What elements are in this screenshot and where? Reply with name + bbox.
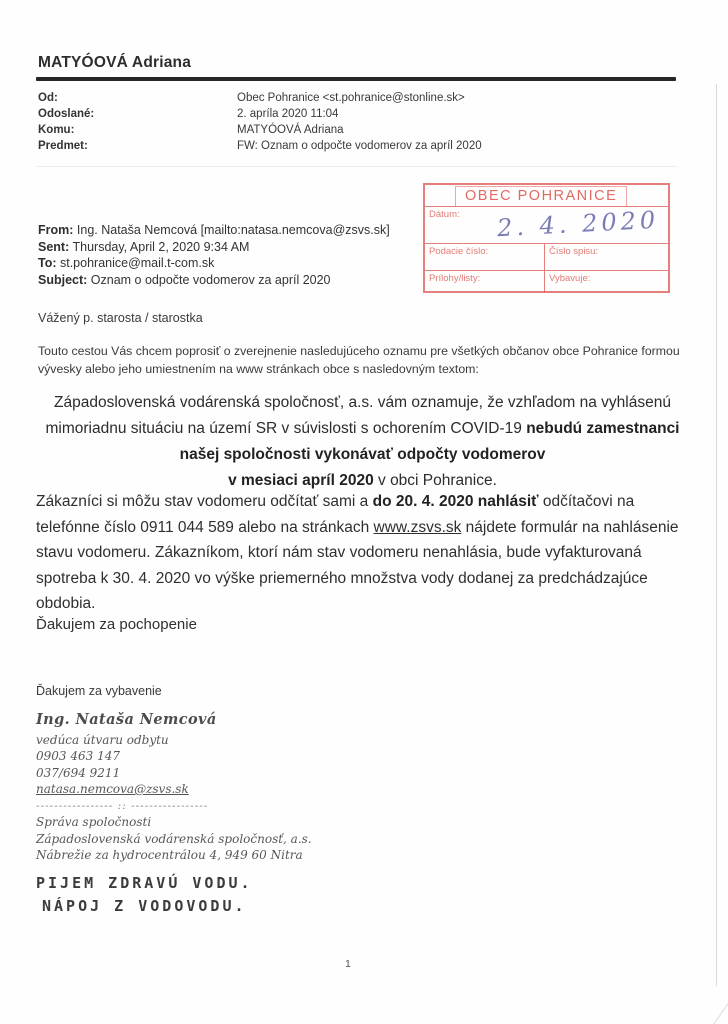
stamp-title: OBEC POHRANICE <box>455 186 627 206</box>
fw-to-value: st.pohranice@mail.t-com.sk <box>57 256 215 270</box>
meta-from-value: Obec Pohranice <st.pohranice@stonline.sk… <box>237 90 683 106</box>
signature-name: Ing. Nataša Nemcová <box>36 712 312 729</box>
signature-company: Západoslovenská vodárenská spoločnosť, a… <box>36 831 312 848</box>
page-title: MATYÓOVÁ Adriana <box>38 54 191 72</box>
zsvs-link: www.zsvs.sk <box>374 519 462 536</box>
fw-from-line: From: Ing. Nataša Nemcová [mailto:natasa… <box>38 222 390 239</box>
page-number: 1 <box>345 958 351 970</box>
meta-to-value: MATYÓOVÁ Adriana <box>237 122 683 138</box>
fw-subject-value: Oznam o odpočte vodomerov za apríl 2020 <box>87 273 330 287</box>
announcement-paragraph: Západoslovenská vodárenská spoločnosť, a… <box>40 390 685 494</box>
greeting-text: Vážený p. starosta / starostka <box>38 311 203 325</box>
details-text-1: Zákazníci si môžu stav vodomeru odčítať … <box>36 493 373 510</box>
slogan-line-2: NÁPOJ Z VODOVODU. <box>42 895 253 918</box>
email-meta-block: Od: Obec Pohranice <st.pohranice@stonlin… <box>38 90 683 154</box>
meta-sent-value: 2. apríla 2020 11:04 <box>237 106 683 122</box>
thanks-dispatch-line: Ďakujem za vybavenie <box>36 684 162 698</box>
meta-subject-label: Predmet: <box>38 138 237 154</box>
meta-row-from: Od: Obec Pohranice <st.pohranice@stonlin… <box>38 90 683 106</box>
fw-from-value: Ing. Nataša Nemcová [mailto:natasa.nemco… <box>73 223 389 237</box>
meta-subject-value: FW: Oznam o odpočte vodomerov za apríl 2… <box>237 138 683 154</box>
signature-email: natasa.nemcova@zsvs.sk <box>36 781 312 798</box>
thanks-line: Ďakujem za pochopenie <box>36 616 197 633</box>
stamp-bottom-row: Prílohy/listy: Vybavuje: <box>425 271 668 293</box>
meta-row-sent: Odoslané: 2. apríla 2020 11:04 <box>38 106 683 122</box>
stamp-spisu-label: Číslo spisu: <box>545 244 668 257</box>
fw-to-line: To: st.pohranice@mail.t-com.sk <box>38 255 390 272</box>
stamp-prilohy-label: Prílohy/listy: <box>425 271 544 284</box>
signature-phone-office: 037/694 9211 <box>36 765 312 782</box>
forwarded-header-block: From: Ing. Nataša Nemcová [mailto:natasa… <box>38 222 390 288</box>
meta-from-label: Od: <box>38 90 237 106</box>
meta-sent-label: Odoslané: <box>38 106 237 122</box>
meta-row-subject: Predmet: FW: Oznam o odpočte vodomerov z… <box>38 138 683 154</box>
scanned-email-page: MATYÓOVÁ Adriana Od: Obec Pohranice <st.… <box>0 0 728 1024</box>
signature-divider: ----------------- :: ----------------- <box>36 798 312 815</box>
stamp-title-row: OBEC POHRANICE <box>425 185 668 207</box>
announcement-bold-2: v mesiaci apríl 2020 <box>228 472 374 489</box>
stamp-vybavuje-label: Vybavuje: <box>545 271 668 284</box>
stamp-podacie-label: Podacie číslo: <box>425 244 544 257</box>
slogan-line-1: PIJEM ZDRAVÚ VODU. <box>36 872 253 895</box>
fw-subject-label: Subject: <box>38 273 87 287</box>
fw-sent-line: Sent: Thursday, April 2, 2020 9:34 AM <box>38 239 390 256</box>
meta-row-to: Komu: MATYÓOVÁ Adriana <box>38 122 683 138</box>
signature-dept: Správa spoločnosti <box>36 814 312 831</box>
fw-subject-line: Subject: Oznam o odpočte vodomerov za ap… <box>38 272 390 289</box>
signature-role: vedúca útvaru odbytu <box>36 732 312 749</box>
fw-to-label: To: <box>38 256 57 270</box>
signature-address: Nábrežie za hydrocentrálou 4, 949 60 Nit… <box>36 847 312 864</box>
signature-block: Ing. Nataša Nemcová vedúca útvaru odbytu… <box>36 712 312 864</box>
details-paragraph: Zákazníci si môžu stav vodomeru odčítať … <box>36 489 690 617</box>
fw-sent-label: Sent: <box>38 240 69 254</box>
signature-phone-mobile: 0903 463 147 <box>36 748 312 765</box>
slogan-stamp: PIJEM ZDRAVÚ VODU. NÁPOJ Z VODOVODU. <box>36 872 253 918</box>
paper-edge-corner-line <box>712 999 728 1024</box>
stamp-cell-spisu: Číslo spisu: <box>545 244 668 270</box>
stamp-middle-row: Podacie číslo: Číslo spisu: <box>425 244 668 271</box>
fw-from-label: From: <box>38 223 73 237</box>
stamp-cell-podacie: Podacie číslo: <box>425 244 545 270</box>
stamp-cell-vybavuje: Vybavuje: <box>545 271 668 293</box>
header-divider <box>36 77 676 81</box>
fw-sent-value: Thursday, April 2, 2020 9:34 AM <box>69 240 249 254</box>
details-bold-1: do 20. 4. 2020 nahlásiť <box>373 493 539 510</box>
meta-to-label: Komu: <box>38 122 237 138</box>
announcement-text-2: v obci Pohranice. <box>374 472 497 489</box>
paper-edge-line <box>716 84 717 986</box>
intro-paragraph: Touto cestou Vás chcem poprosiť o zverej… <box>38 343 698 378</box>
stamp-cell-prilohy: Prílohy/listy: <box>425 271 545 293</box>
meta-separator-line <box>36 166 677 167</box>
